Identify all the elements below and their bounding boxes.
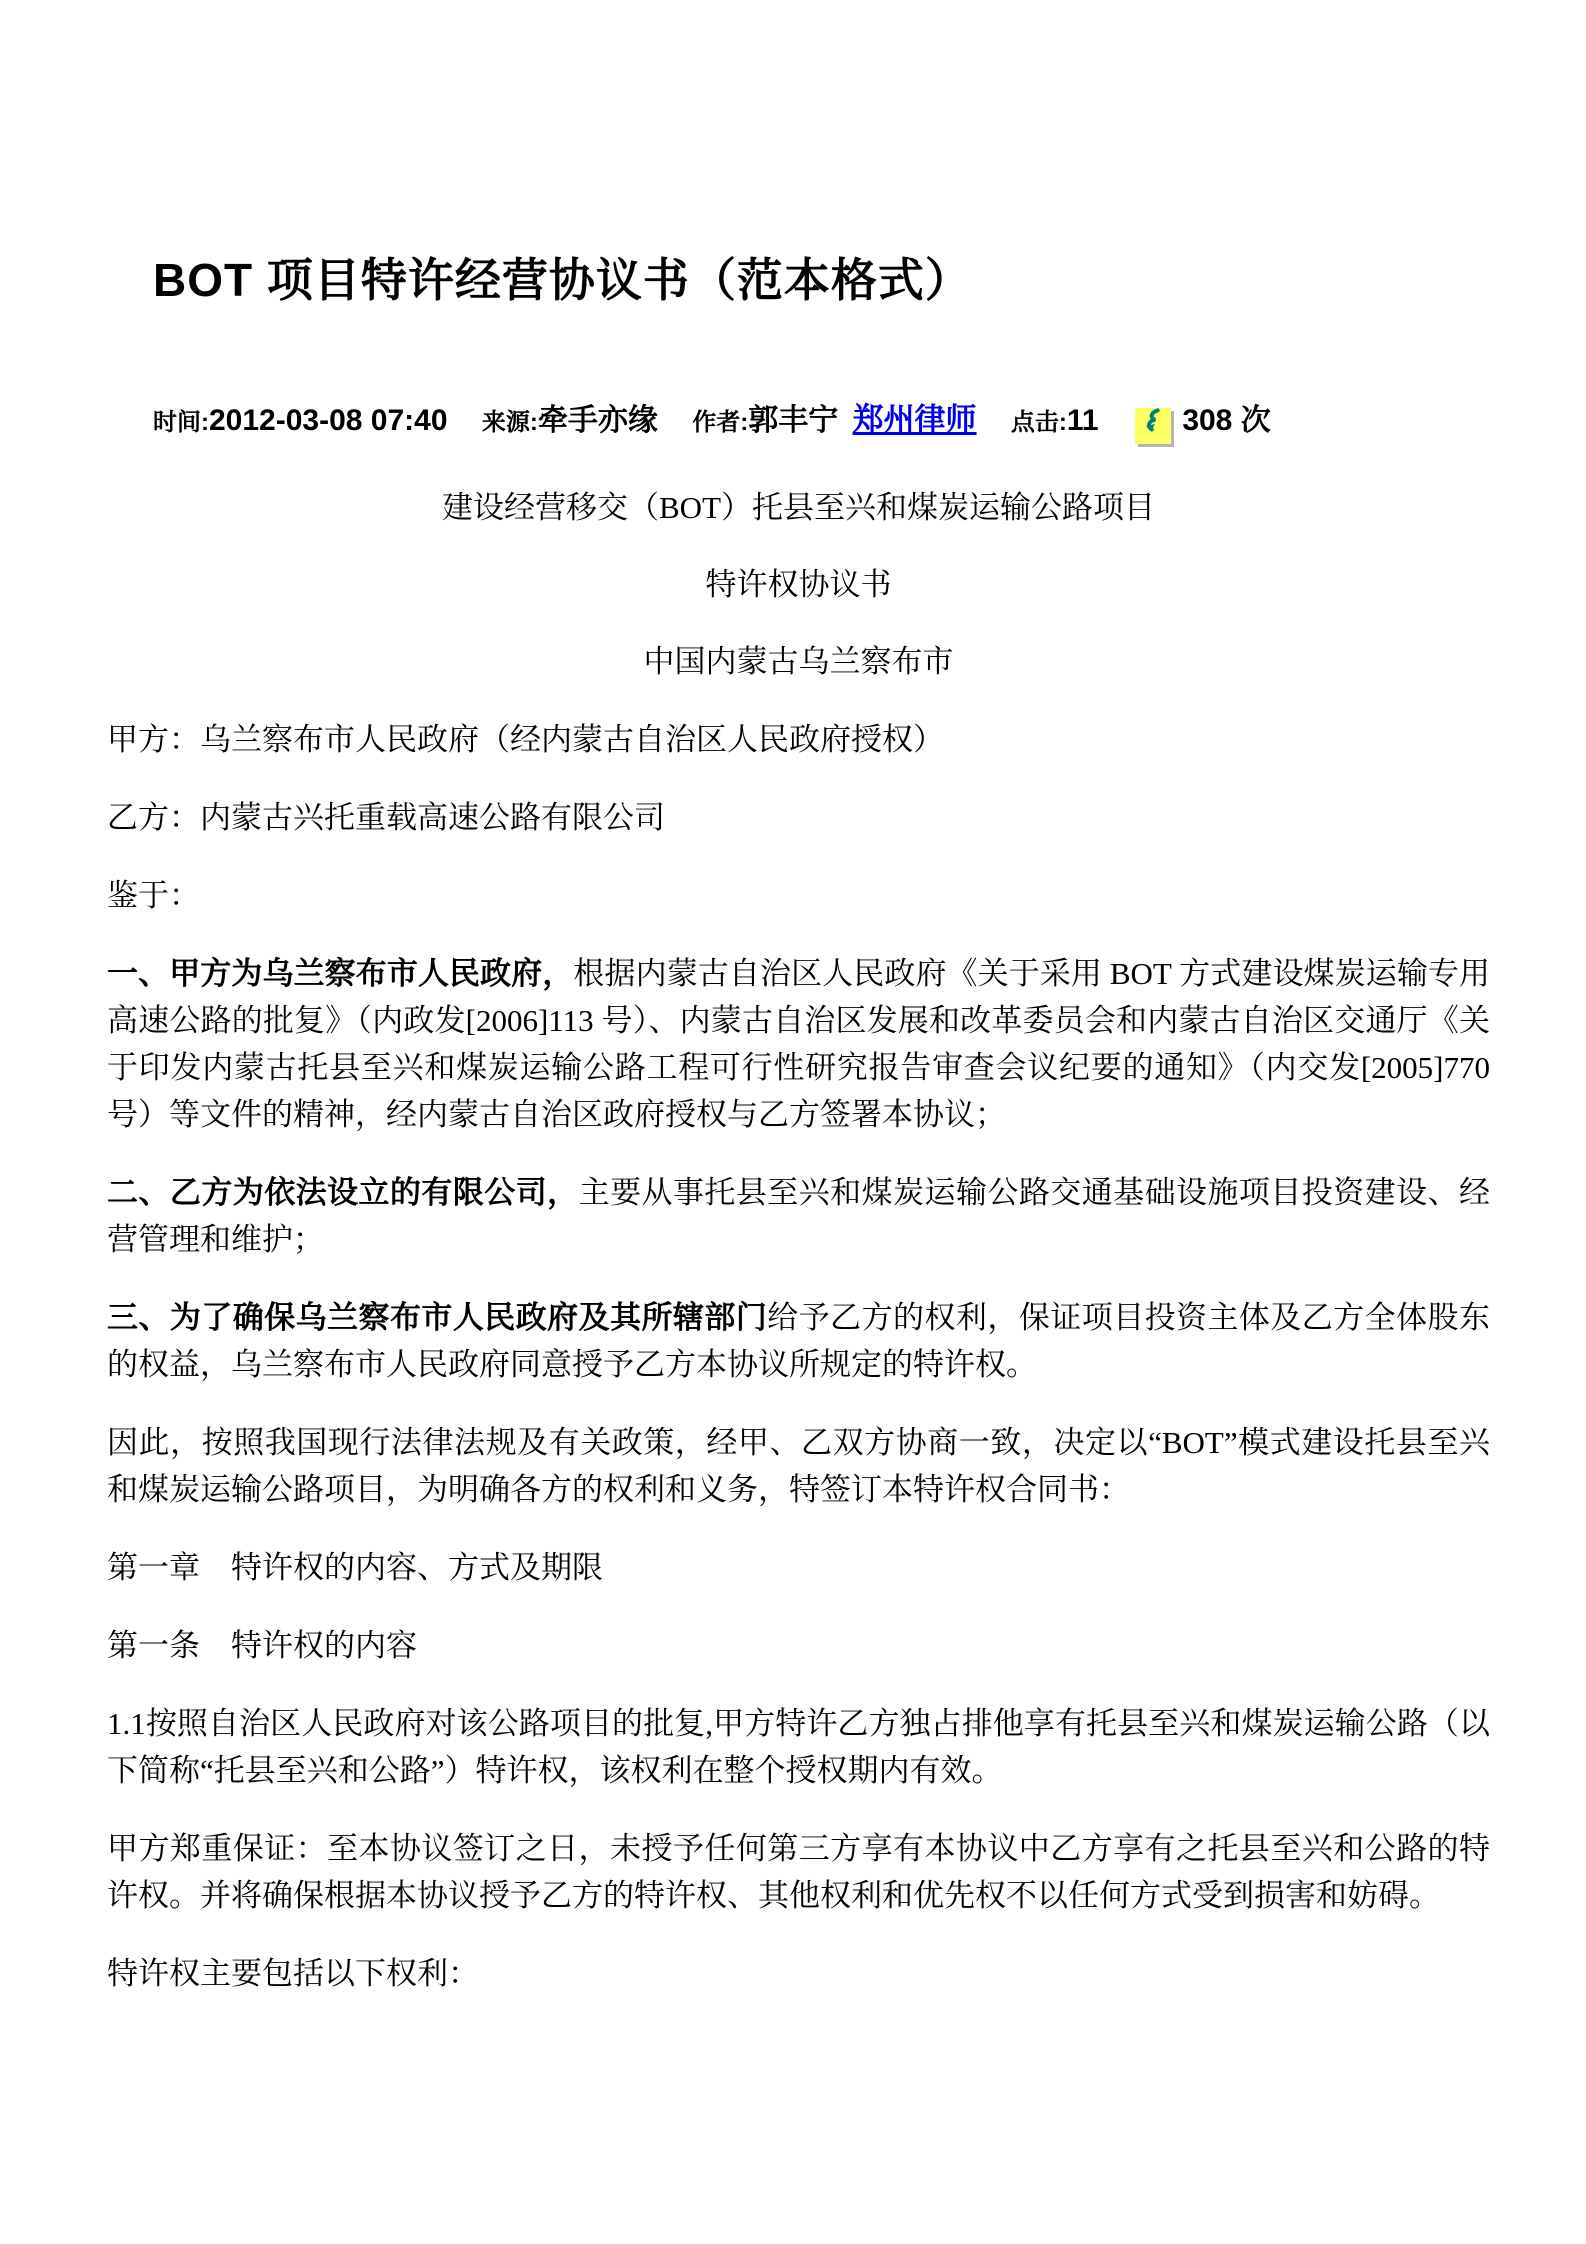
paragraph-party-a: 甲方：乌兰察布市人民政府（经内蒙古自治区人民政府授权） <box>107 716 1490 763</box>
paragraph-recital-2: 二、乙方为依法设立的有限公司，主要从事托县至兴和煤炭运输公路交通基础设施项目投资… <box>107 1169 1490 1263</box>
paragraph-text: 第一条 特许权的内容 <box>107 1628 417 1663</box>
hot-badge-icon <box>1135 408 1171 444</box>
meta-author-value: 郭丰宁 <box>748 404 838 437</box>
document-body: 建设经营移交（BOT）托县至兴和煤炭运输公路项目 特许权协议书 中国内蒙古乌兰察… <box>107 484 1490 1997</box>
paragraph-guarantee: 甲方郑重保证：至本协议签订之日，未授予任何第三方享有本协议中乙方享有之托县至兴和… <box>107 1825 1490 1919</box>
zhengzhou-lawyer-link[interactable]: 郑州律师 <box>853 402 977 437</box>
article-page: BOT 项目特许经营协议书（范本格式） 时间:2012-03-08 07:40 … <box>0 0 1586 2244</box>
meta-source: 来源:牵手亦缘 <box>482 404 658 437</box>
paragraph-1-1: 1.1按照自治区人民政府对该公路项目的批复,甲方特许乙方独占排他享有托县至兴和煤… <box>107 1700 1490 1794</box>
paragraph-text: 第一章 特许权的内容、方式及期限 <box>107 1550 603 1585</box>
doc-title-line-2: 特许权协议书 <box>107 561 1490 608</box>
article-1-heading: 第一条 特许权的内容 <box>107 1622 1490 1669</box>
doc-title-line-3: 中国内蒙古乌兰察布市 <box>107 638 1490 685</box>
paragraph-text: 1.1按照自治区人民政府对该公路项目的批复,甲方特许乙方独占排他享有托县至兴和煤… <box>107 1706 1490 1788</box>
paragraph-text: 鉴于： <box>107 878 200 913</box>
paragraph-whereas: 鉴于： <box>107 872 1490 919</box>
meta-time-value: 2012-03-08 07:40 <box>209 404 448 437</box>
meta-author-label: 作者: <box>692 409 748 436</box>
doc-title-line-1: 建设经营移交（BOT）托县至兴和煤炭运输公路项目 <box>107 484 1490 531</box>
meta-source-label: 来源: <box>482 409 538 436</box>
paragraph-text: 甲方郑重保证：至本协议签订之日，未授予任何第三方享有本协议中乙方享有之托县至兴和… <box>107 1831 1490 1913</box>
meta-source-value: 牵手亦缘 <box>538 404 658 437</box>
meta-time-label: 时间: <box>153 409 209 436</box>
paragraph-text: 特许权主要包括以下权利： <box>107 1956 479 1991</box>
meta-author: 作者:郭丰宁 <box>692 404 838 437</box>
meta-clicks-value: 11 <box>1067 404 1099 437</box>
meta-views-value: 308 次 <box>1182 404 1270 437</box>
meta-clicks-label: 点击: <box>1011 409 1067 436</box>
paragraph-recital-1: 一、甲方为乌兰察布市人民政府，根据内蒙古自治区人民政府《关于采用 BOT 方式建… <box>107 950 1490 1138</box>
paragraph-recital-3: 三、为了确保乌兰察布市人民政府及其所辖部门给予乙方的权利，保证项目投资主体及乙方… <box>107 1294 1490 1388</box>
article-meta-bar: 时间:2012-03-08 07:40 来源:牵手亦缘 作者:郭丰宁 郑州律师 … <box>153 394 1490 444</box>
meta-time: 时间:2012-03-08 07:40 <box>153 404 448 437</box>
meta-clicks: 点击:11 <box>1011 404 1099 437</box>
paragraph-text: 乙方：内蒙古兴托重载高速公路有限公司 <box>107 800 665 835</box>
paragraph-text: 甲方：乌兰察布市人民政府（经内蒙古自治区人民政府授权） <box>107 722 944 757</box>
paragraph-bold-lead: 一、甲方为乌兰察布市人民政府， <box>107 956 573 991</box>
chapter-1-heading: 第一章 特许权的内容、方式及期限 <box>107 1544 1490 1591</box>
page-title: BOT 项目特许经营协议书（范本格式） <box>153 253 1490 308</box>
paragraph-party-b: 乙方：内蒙古兴托重载高速公路有限公司 <box>107 794 1490 841</box>
paragraph-bold-lead: 三、为了确保乌兰察布市人民政府及其所辖部门 <box>107 1300 767 1335</box>
paragraph-rights-intro: 特许权主要包括以下权利： <box>107 1950 1490 1997</box>
paragraph-therefore: 因此，按照我国现行法律法规及有关政策，经甲、乙双方协商一致，决定以“BOT”模式… <box>107 1419 1490 1513</box>
paragraph-text: 因此，按照我国现行法律法规及有关政策，经甲、乙双方协商一致，决定以“BOT”模式… <box>107 1425 1490 1507</box>
paragraph-bold-lead: 二、乙方为依法设立的有限公司， <box>107 1175 579 1210</box>
